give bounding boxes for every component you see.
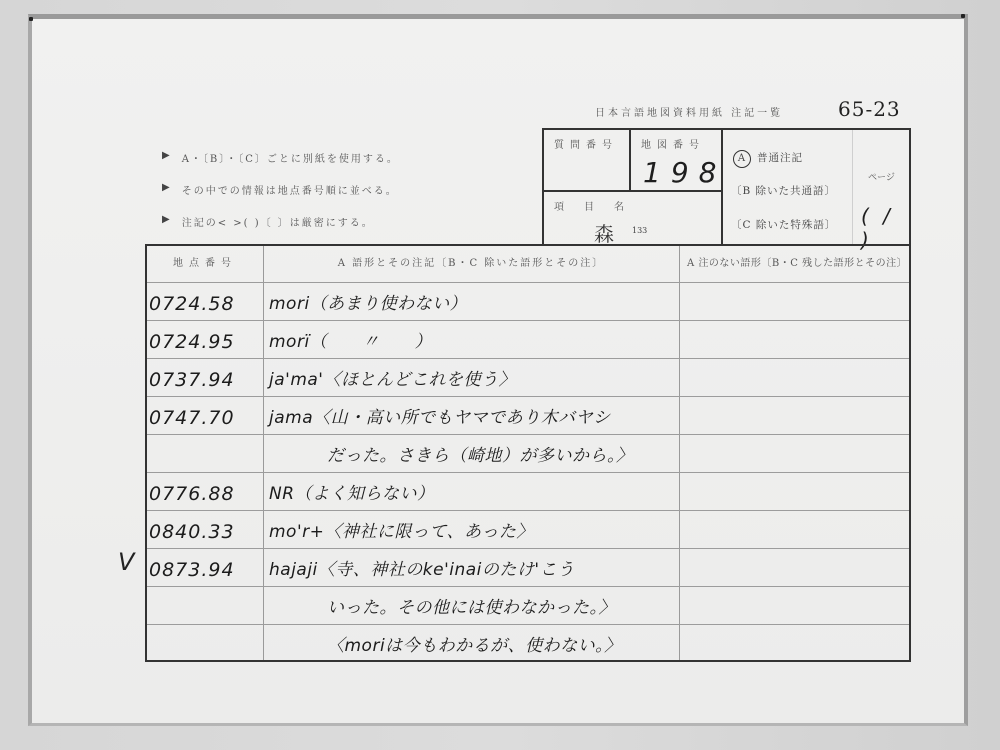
annotation-type-box: A普通注記 〔B 除いた共通語〕 〔C 除いた特殊語〕 ページ ( / ) (721, 128, 911, 246)
point-number-cell: 0724.58 (149, 282, 261, 320)
word-form-note-cell: mo'r+〈神社に限って、あった〉 (269, 510, 534, 548)
point-number-cell: 0840.33 (149, 510, 261, 548)
word-form-note-cell: jama〈山・高い所でもヤマであり木バヤシ (269, 396, 610, 434)
point-number-cell: 0724.95 (149, 320, 261, 358)
word-form-note-cell: いった。その他には使わなかった。〉 (327, 586, 616, 624)
question-number-label: 質問番号 (554, 136, 618, 151)
corner-pin (961, 14, 965, 18)
map-number-box: 地図番号 198 (629, 128, 723, 192)
item-name-code: 133 (632, 226, 647, 235)
legend-item-c: 〔C 除いた特殊語〕 (731, 217, 836, 232)
instruction-item: ▶ その中での情報は地点番号順に並べる。 (162, 182, 399, 214)
corner-pin (29, 17, 33, 21)
word-form-note-cell: mori（あまり使わない） (269, 282, 467, 320)
point-number-cell: 0737.94 (149, 358, 261, 396)
item-name-label: 項目名 (554, 198, 644, 213)
margin-check-mark: V (118, 548, 134, 576)
question-number-box: 質問番号 (542, 128, 631, 192)
legend-a-label: 普通注記 (757, 152, 803, 164)
header-rule (147, 282, 909, 283)
word-form-note-cell: NR（よく知らない） (269, 472, 435, 510)
point-number-cell (149, 434, 261, 472)
header-word-form-notes: A 語形とその注記〔B・C 除いた語形とその注〕 (263, 246, 679, 282)
column-divider (679, 246, 680, 660)
instruction-text: A・〔B〕・〔C〕ごとに別紙を使用する。 (182, 150, 399, 165)
instruction-text: 注記の< >( )〔 〕は厳密にする。 (182, 214, 374, 229)
legend-item-a: A普通注記 (733, 150, 803, 168)
word-form-note-cell: だった。さきら（崎地）が多いから。〉 (327, 434, 634, 472)
point-number-cell: 0747.70 (149, 396, 261, 434)
item-name-box: 項目名 森 133 (542, 190, 723, 246)
point-number-cell: 0873.94 (149, 548, 261, 586)
page-divider (852, 130, 853, 244)
instruction-text: その中での情報は地点番号順に並べる。 (182, 182, 398, 197)
row-rule (147, 472, 909, 473)
map-number-label: 地図番号 (641, 136, 705, 151)
triangle-bullet-icon: ▶ (162, 182, 172, 193)
instruction-item: ▶ 注記の< >( )〔 〕は厳密にする。 (162, 214, 399, 246)
notes-table: 地点番号 A 語形とその注記〔B・C 除いた語形とその注〕 A 注のない語形〔B… (145, 244, 911, 662)
triangle-bullet-icon: ▶ (162, 214, 172, 225)
word-form-note-cell: morï（ 〃 ） (269, 320, 432, 358)
word-form-note-cell: hajaji〈寺、神社のke'inaiのたけ'こう (269, 548, 575, 586)
column-divider (263, 246, 264, 660)
point-number-cell (149, 586, 261, 624)
header-no-note-forms: A 注のない語形〔B・C 残した語形とその注〕 (683, 246, 913, 282)
document-number: 65-23 (838, 97, 901, 121)
document-title: 日本言語地図資料用紙 注記一覧 (595, 104, 783, 119)
word-form-note-cell: ja'ma'〈ほとんどこれを使う〉 (269, 358, 516, 396)
row-rule (147, 320, 909, 321)
item-name-value: 森 (594, 218, 614, 247)
triangle-bullet-icon: ▶ (162, 150, 172, 161)
point-number-cell: 0776.88 (149, 472, 261, 510)
instruction-item: ▶ A・〔B〕・〔C〕ごとに別紙を使用する。 (162, 150, 399, 182)
legend-item-b: 〔B 除いた共通語〕 (731, 183, 836, 198)
page-label: ページ (868, 170, 895, 183)
instructions-list: ▶ A・〔B〕・〔C〕ごとに別紙を使用する。 ▶ その中での情報は地点番号順に並… (162, 150, 399, 246)
word-form-note-cell: 〈moriは今もわかるが、使わない。〉 (327, 624, 622, 662)
circled-a-mark: A (733, 150, 751, 168)
row-rule (147, 358, 909, 359)
point-number-cell (149, 624, 261, 662)
header-point-number: 地点番号 (147, 246, 263, 282)
map-number-value: 198 (643, 156, 726, 189)
